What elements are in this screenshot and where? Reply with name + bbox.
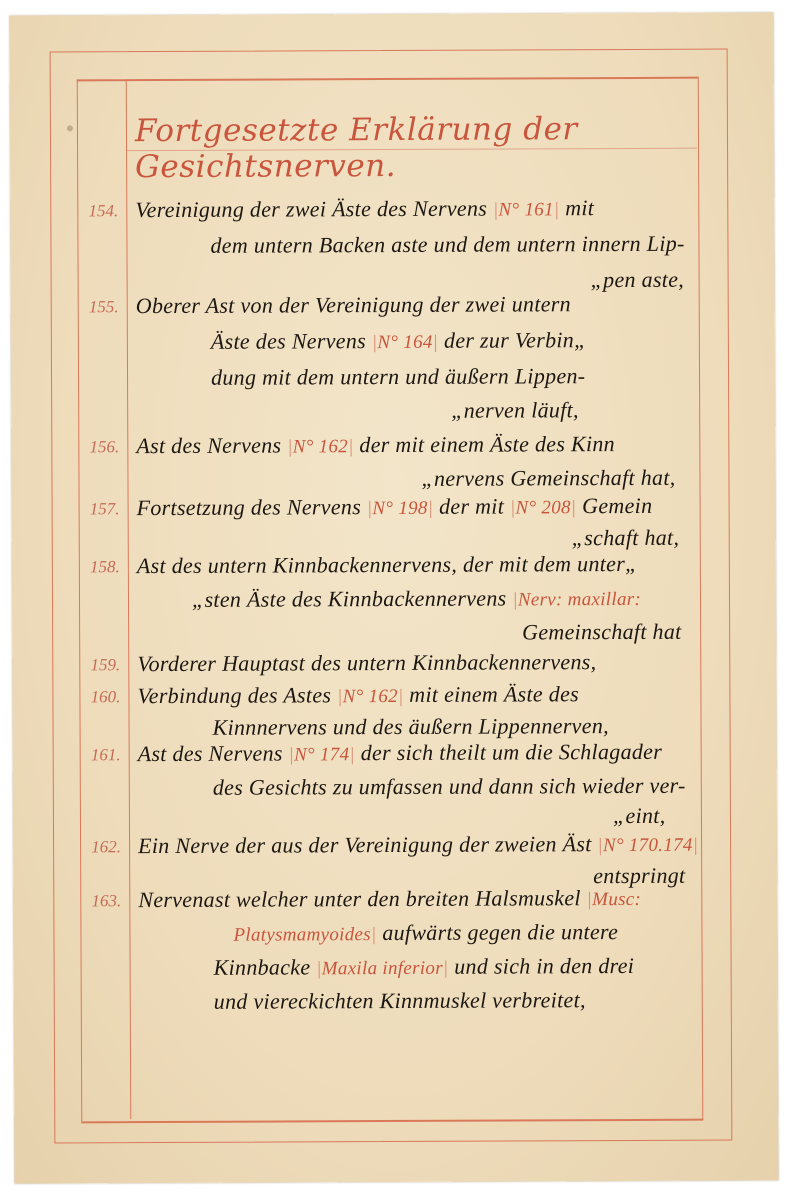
page-title: Fortgesetzte Erklärung der Gesichtsnerve… bbox=[135, 111, 695, 185]
entry-number-154: 154. bbox=[80, 201, 126, 221]
entry-161-line-2: des Gesichts zu umfassen und dann sich w… bbox=[213, 773, 686, 801]
entry-156-line-1: Ast des Nervens |N° 162| der mit einem Ä… bbox=[136, 431, 615, 459]
cross-reference: N° 170.174 bbox=[603, 835, 693, 856]
entry-number-156: 156. bbox=[81, 437, 127, 457]
cross-reference: N° 208 bbox=[515, 497, 570, 518]
entry-156-line-2: „nervens Gemeinschaft hat, bbox=[421, 465, 675, 492]
entry-157-line-2: „schaft hat, bbox=[572, 525, 680, 551]
entry-number-160: 160. bbox=[82, 687, 128, 707]
entry-158-line-3: Gemeinschaft hat bbox=[522, 619, 682, 646]
entry-163-line-3: Kinnbacke |Maxila inferior| und sich in … bbox=[214, 953, 635, 981]
entry-number-155: 155. bbox=[81, 297, 127, 317]
entry-163-line-2: Platysmamyoides| aufwärts gegen die unte… bbox=[233, 919, 618, 947]
entry-163-line-4: und viereckichten Kinnmuskel verbreitet, bbox=[214, 987, 586, 1015]
ink-spot bbox=[67, 125, 73, 131]
entry-number-163: 163. bbox=[83, 891, 129, 911]
entry-155-line-3: dung mit dem untern und äußern Lippen- bbox=[211, 363, 585, 391]
cross-reference: Maxila inferior bbox=[322, 958, 443, 980]
cross-reference: N° 198 bbox=[372, 498, 427, 519]
cross-reference: N° 174 bbox=[294, 744, 349, 765]
cross-reference: N° 161 bbox=[498, 199, 553, 220]
entry-162-line-1: Ein Nerve der aus der Vereinigung der zw… bbox=[138, 831, 698, 859]
entry-number-157: 157. bbox=[82, 499, 128, 519]
entry-number-159: 159. bbox=[82, 655, 128, 675]
entry-154-line-3: „pen aste, bbox=[591, 267, 685, 293]
entry-158-line-1: Ast des untern Kinnbackennervens, der mi… bbox=[137, 551, 638, 579]
entry-159-line-1: Vorderer Hauptast des untern Kinnbackenn… bbox=[137, 649, 596, 677]
entry-number-158: 158. bbox=[82, 557, 128, 577]
entry-157-line-1: Fortsetzung des Nervens |N° 198| der mit… bbox=[137, 493, 653, 521]
entry-154-line-2: dem untern Backen aste und dem untern in… bbox=[210, 231, 684, 259]
entry-158-line-2: „sten Äste des Kinnbackennervens |Nerv: … bbox=[192, 585, 641, 613]
entry-160-line-2: Kinnnervens und des äußern Lippennerven, bbox=[213, 713, 609, 741]
entry-number-162: 162. bbox=[83, 837, 129, 857]
cross-reference: N° 162 bbox=[293, 436, 348, 457]
cross-reference: Platysmamyoides bbox=[233, 924, 371, 946]
entry-number-161: 161. bbox=[83, 745, 129, 765]
entry-155-line-2: Äste des Nervens |N° 164| der zur Verbin… bbox=[211, 327, 587, 355]
entry-161-line-3: „eint, bbox=[613, 803, 666, 829]
entry-155-line-1: Oberer Ast von der Vereinigung der zwei … bbox=[136, 291, 571, 319]
cross-reference: N° 162 bbox=[343, 686, 398, 707]
entry-160-line-1: Verbindung des Astes |N° 162| mit einem … bbox=[137, 681, 579, 709]
entry-154-line-1: Vereinigung der zwei Äste des Nervens |N… bbox=[135, 195, 594, 223]
entry-161-line-1: Ast des Nervens |N° 174| der sich theilt… bbox=[138, 739, 663, 767]
entry-155-line-4: „nerven läuft, bbox=[451, 397, 579, 424]
manuscript-page: Fortgesetzte Erklärung der Gesichtsnerve… bbox=[9, 12, 778, 1183]
entry-163-line-1: Nervenast welcher unter den breiten Hals… bbox=[138, 885, 641, 913]
cross-reference: N° 164 bbox=[377, 332, 432, 353]
cross-reference: Nerv: maxillar: bbox=[518, 589, 641, 611]
cross-reference: Musc: bbox=[592, 889, 641, 910]
